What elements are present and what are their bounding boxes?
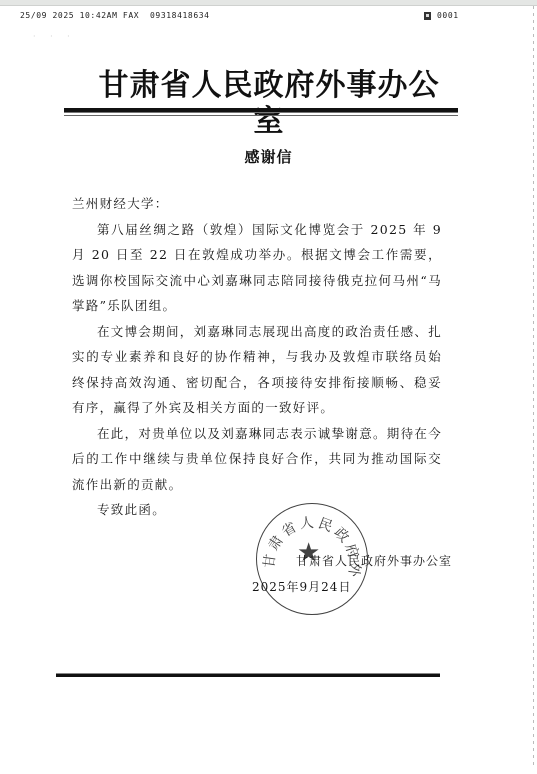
scan-noise: · · · [33, 32, 76, 41]
letter-heading: 感谢信 [0, 146, 537, 167]
letterhead-rule [64, 108, 458, 113]
letter-paragraph: 在文博会期间，刘嘉琳同志展现出高度的政治责任感、扎实的专业素养和良好的协作精神，… [72, 319, 442, 421]
letter-paragraph: 第八届丝绸之路（敦煌）国际文化博览会于 2025 年 9 月 20 日至 22 … [72, 217, 442, 319]
fax-page-icon [424, 12, 431, 20]
signature-date: 2025年9月24日 [244, 574, 464, 600]
scan-top-band [0, 0, 537, 6]
scan-right-edge [533, 6, 534, 766]
footer-rule [56, 673, 440, 677]
letter-salutation: 兰州财经大学： [72, 191, 442, 217]
signature-block: 甘肃省人民政府外事办公室 2025年9月24日 [244, 548, 464, 600]
signature-organization: 甘肃省人民政府外事办公室 [244, 548, 464, 574]
letterhead-rule-thin [64, 115, 458, 116]
letterhead-organization: 甘肃省人民政府外事办公室 [84, 68, 454, 140]
fax-page-indicator: 0001 [424, 11, 459, 20]
fax-header-timestamp: 25/09 2025 10:42AM FAX 09318418634 [20, 11, 210, 20]
letter-body: 兰州财经大学： 第八届丝绸之路（敦煌）国际文化博览会于 2025 年 9 月 2… [72, 191, 442, 523]
fax-page-number: 0001 [437, 11, 459, 20]
letter-paragraph: 在此，对贵单位以及刘嘉琳同志表示诚挚谢意。期待在今后的工作中继续与贵单位保持良好… [72, 421, 442, 498]
